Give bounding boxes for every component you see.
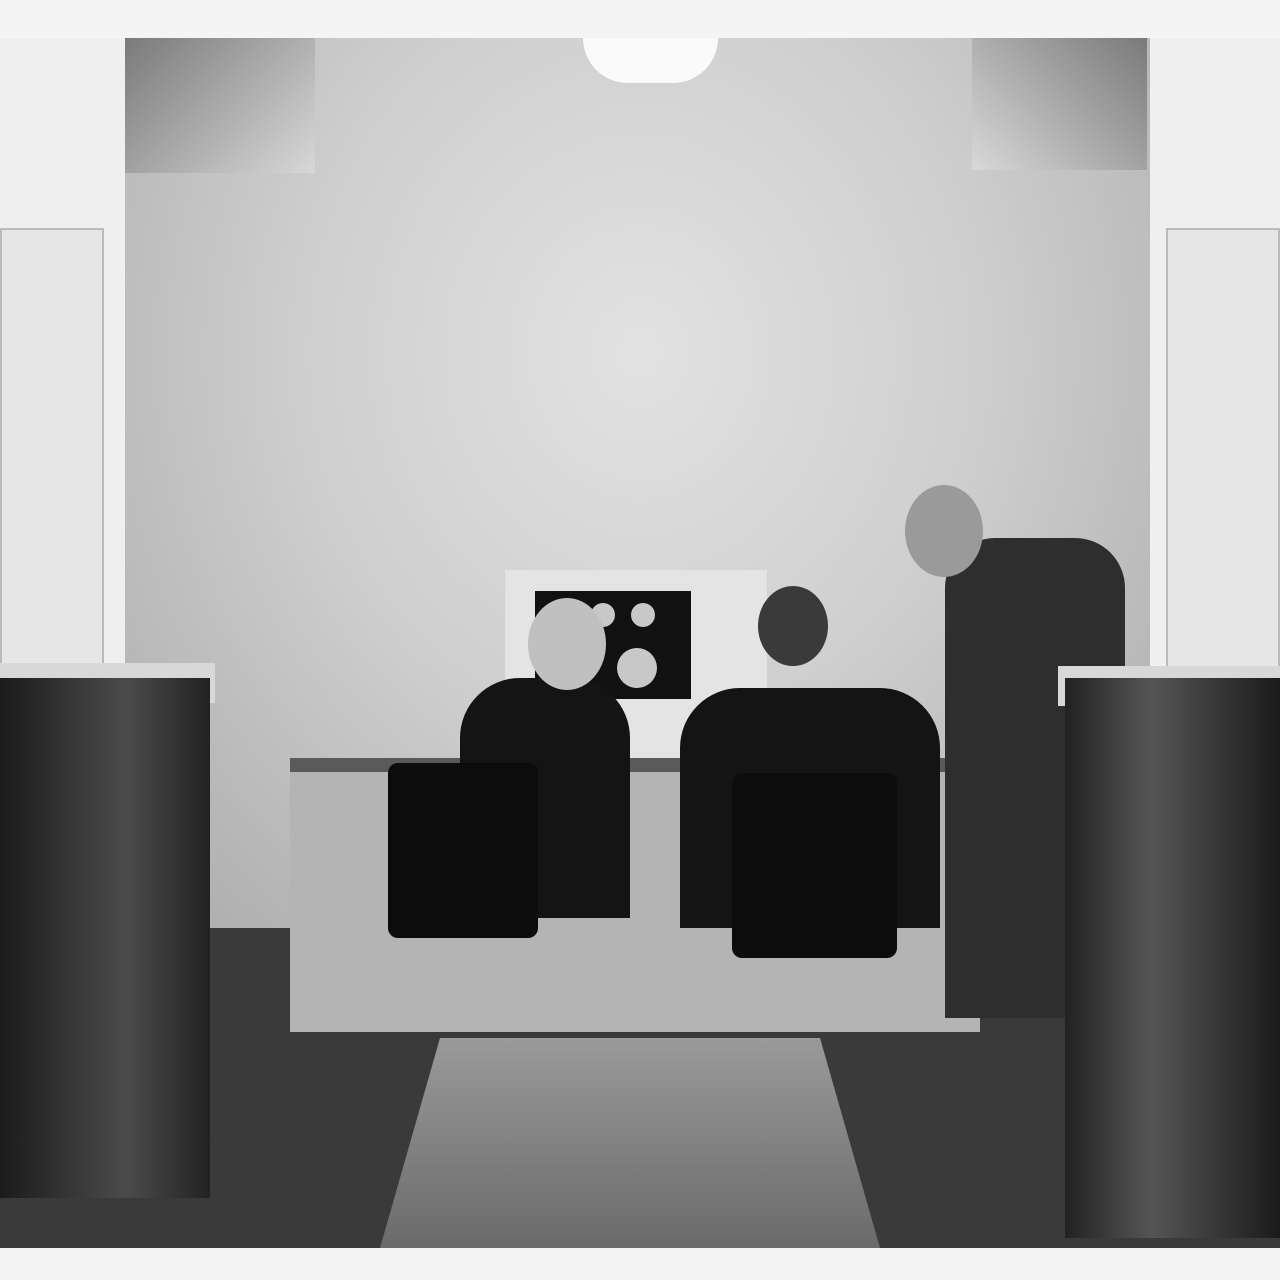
ceiling-vent-right (972, 38, 1147, 170)
right-cabinets (1065, 678, 1280, 1238)
crt-small-2 (631, 603, 655, 627)
crt-large (617, 648, 657, 688)
aisle (380, 1038, 880, 1248)
chair-left (388, 763, 538, 938)
ceiling-vent-left (125, 38, 315, 173)
right-upper-cabinet (1166, 228, 1280, 692)
photograph (0, 38, 1280, 1248)
left-cabinets (0, 678, 210, 1198)
person-middle-head (758, 586, 828, 666)
chair-right (732, 773, 897, 958)
left-upper-cabinet (0, 228, 104, 692)
person-left-head (528, 598, 606, 690)
person-standing-head (905, 485, 983, 577)
